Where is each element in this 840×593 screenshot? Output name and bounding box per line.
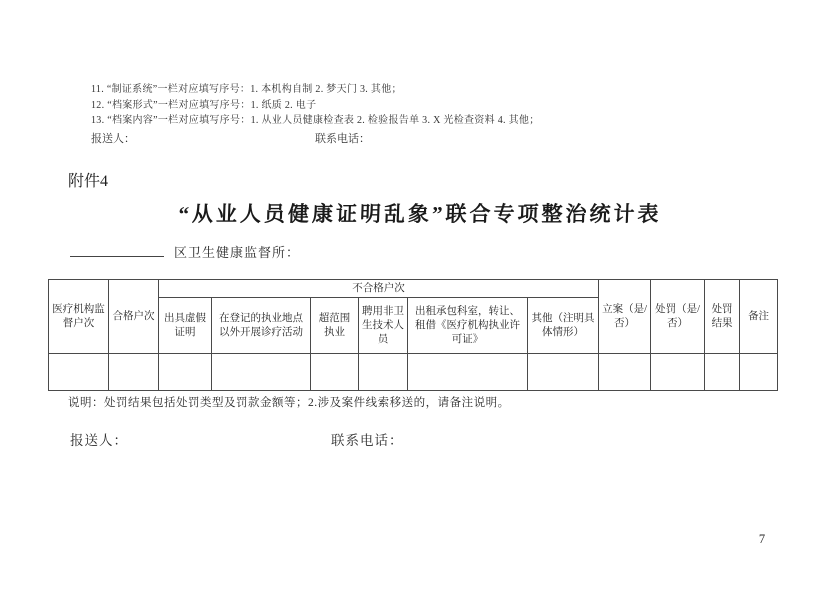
table-data-cell (359, 354, 408, 391)
header-qualified-count: 合格户次 (109, 280, 159, 354)
subheader-unlicensed-staff: 聘用非卫生技术人员 (359, 298, 408, 354)
statistics-table: 医疗机构监督户次 合格户次 不合格户次 立案（是/否） 处罚（是/否） 处罚结果… (48, 279, 778, 391)
table-data-cell (408, 354, 528, 391)
table-data-cell (705, 354, 740, 391)
document-page: 11. “制证系统”一栏对应填写序号：1. 本机构自制 2. 梦天门 3. 其他… (0, 0, 840, 593)
note-line-13: 13. “档案内容”一栏对应填写序号：1. 从业人员健康检查表 2. 检验报告单… (91, 113, 651, 129)
subheader-false-certificate: 出具虚假证明 (159, 298, 212, 354)
table-data-cell (651, 354, 705, 391)
fill-in-blank-line (70, 241, 164, 257)
header-penalized: 处罚（是/否） (651, 280, 705, 354)
note-line-12: 12. “档案形式”一栏对应填写序号：1. 纸质 2. 电子 (91, 98, 651, 114)
page-number: 7 (752, 532, 772, 547)
recipient-line: 区卫生健康监督所： (0, 241, 840, 261)
table-data-cell (109, 354, 159, 391)
footer-reporter-label: 报送人： (70, 429, 128, 449)
table-data-cell (159, 354, 212, 391)
subheader-beyond-scope: 超范围执业 (311, 298, 359, 354)
header-penalty-result: 处罚结果 (705, 280, 740, 354)
table-data-cell (740, 354, 778, 391)
table-row (49, 354, 778, 391)
header-case-filed: 立案（是/否） (599, 280, 651, 354)
table-data-cell (528, 354, 599, 391)
table-data-cell (49, 354, 109, 391)
subheader-leasing-license: 出租承包科室，转让、租借《医疗机构执业许可证》 (408, 298, 528, 354)
header-unqualified-group: 不合格户次 (159, 280, 599, 298)
table-note: 说明：处罚结果包括处罚类型及罚款金额等；2.涉及案件线索移送的，请备注说明。 (68, 394, 688, 410)
top-phone-label: 联系电话： (315, 130, 370, 146)
recipient-label: 区卫生健康监督所： (174, 242, 300, 261)
table-data-cell (599, 354, 651, 391)
table-data-cell (212, 354, 311, 391)
footer-phone-label: 联系电话： (331, 429, 404, 449)
note-line-11: 11. “制证系统”一栏对应填写序号：1. 本机构自制 2. 梦天门 3. 其他… (91, 82, 651, 98)
instruction-notes: 11. “制证系统”一栏对应填写序号：1. 本机构自制 2. 梦天门 3. 其他… (91, 82, 651, 129)
subheader-off-site-practice: 在登记的执业地点以外开展诊疗活动 (212, 298, 311, 354)
table-data-cell (311, 354, 359, 391)
attachment-label: 附件4 (68, 168, 108, 191)
top-reporter-label: 报送人： (91, 130, 135, 146)
header-supervised-count: 医疗机构监督户次 (49, 280, 109, 354)
subheader-other: 其他（注明具体情形） (528, 298, 599, 354)
document-title: “从业人员健康证明乱象”联合专项整治统计表 (0, 198, 840, 228)
header-remarks: 备注 (740, 280, 778, 354)
